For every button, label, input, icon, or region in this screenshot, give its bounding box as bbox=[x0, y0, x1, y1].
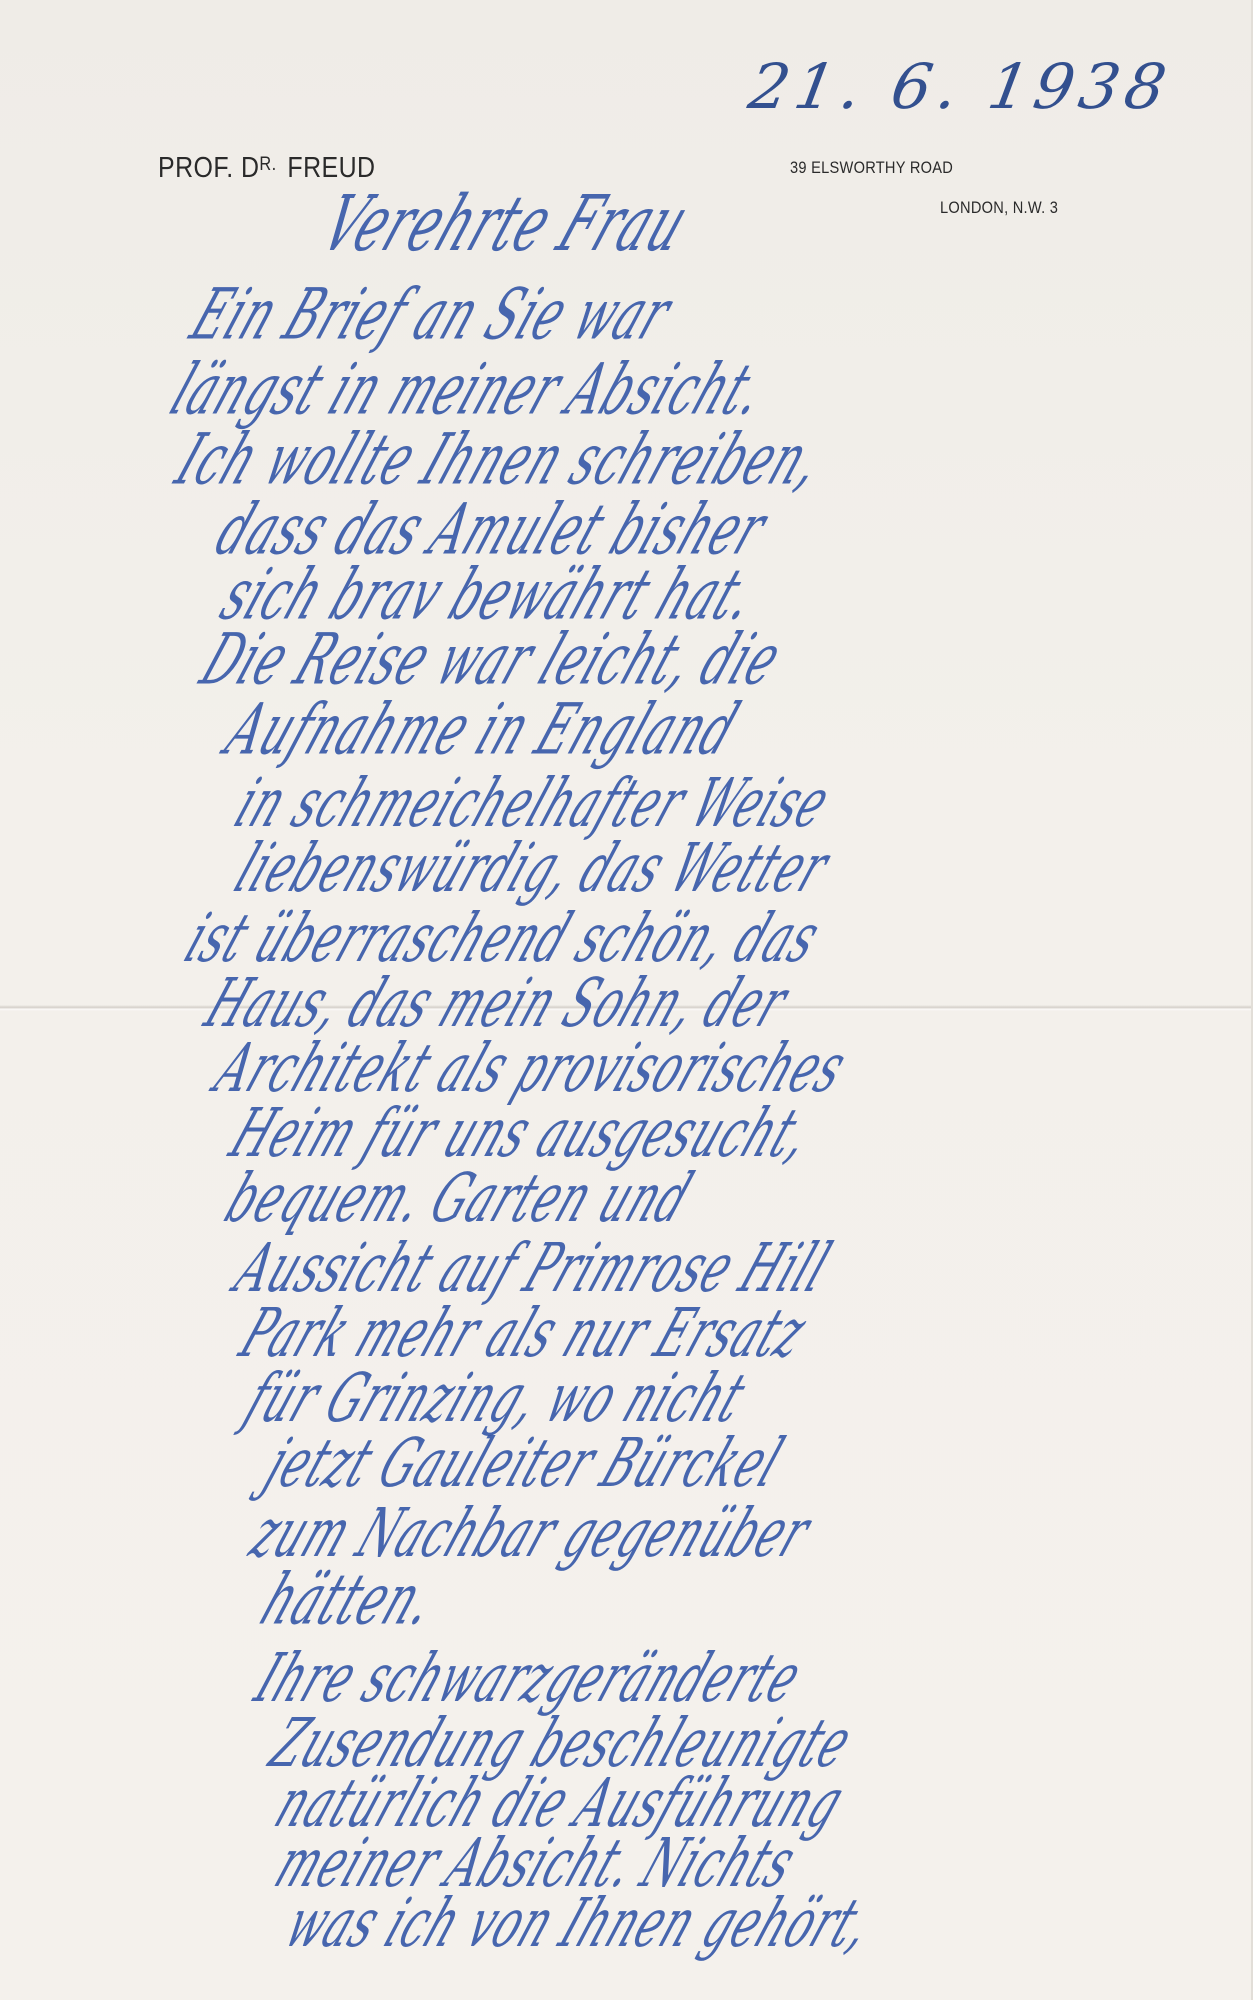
handwritten-date: 21. 6. 1938 bbox=[744, 50, 1178, 123]
letterhead-name-prefix: PROF. D bbox=[158, 152, 259, 184]
letterhead-name-superscript: R. bbox=[259, 154, 276, 175]
handwritten-line: Verehrte Frau bbox=[310, 180, 702, 270]
letterhead-address-street: 39 ELSWORTHY ROAD bbox=[790, 158, 953, 178]
handwritten-line: hätten. bbox=[250, 1559, 448, 1641]
handwritten-line: Die Reise war leicht, die bbox=[190, 619, 793, 701]
handwritten-line: Aufnahme in England bbox=[215, 689, 750, 771]
handwritten-line: liebenswürdig, das Wetter bbox=[225, 828, 841, 906]
handwritten-line: jetzt Gauleiter Bürckel bbox=[255, 1423, 795, 1501]
handwritten-line: längst in meiner Absicht. bbox=[160, 349, 778, 431]
handwritten-line: Ich wollte Ihnen schreiben, bbox=[165, 419, 835, 501]
handwritten-line: was ich von Ihnen gehört, bbox=[275, 1883, 885, 1961]
handwritten-line: Ein Brief an Sie war bbox=[180, 274, 683, 356]
letterhead-name: PROF. DR. FREUD bbox=[158, 152, 375, 185]
letterhead-address-city: LONDON, N.W. 3 bbox=[940, 198, 1058, 218]
handwritten-line: bequem. Garten und bbox=[215, 1158, 704, 1236]
